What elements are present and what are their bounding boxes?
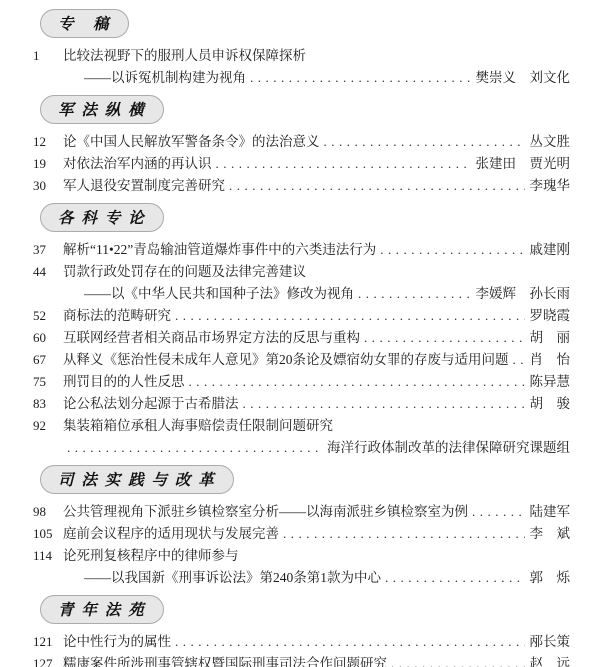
section-military-law: 军 法 纵 横 12 论《中国人民解放军警备条令》的法治意义 丛文胜 19 对依… bbox=[33, 95, 570, 197]
entry-title: 糯康案件所涉刑事管辖权暨国际刑事司法合作问题研究 bbox=[63, 653, 387, 667]
toc-row: 1 比较法视野下的服刑人员申诉权保障探析 bbox=[33, 45, 570, 67]
entry-title: 对依法治军内涵的再认识 bbox=[63, 153, 212, 175]
page-number: 105 bbox=[33, 523, 63, 545]
entry-title: 庭前会议程序的适用现状与发展完善 bbox=[63, 523, 279, 545]
leader-dots bbox=[250, 67, 471, 89]
entry-authors: 胡 丽 bbox=[530, 327, 571, 349]
entry-title: 罚款行政处罚存在的问题及法律完善建议 bbox=[63, 261, 306, 283]
section-header-pill: 军 法 纵 横 bbox=[40, 95, 164, 124]
toc-row: 52 商标法的范畴研究 罗晓霞 bbox=[33, 305, 570, 327]
entry-title: 集装箱箱位承租人海事赔偿责任限制问题研究 bbox=[63, 415, 333, 437]
toc-row: 44 罚款行政处罚存在的问题及法律完善建议 bbox=[33, 261, 570, 283]
entry-authors: 罗晓霞 bbox=[530, 305, 571, 327]
leader-dots bbox=[243, 393, 525, 415]
page-number: 19 bbox=[33, 153, 63, 175]
entry-title: 论《中国人民解放军警备条令》的法治意义 bbox=[63, 131, 320, 153]
entry-authors: 李瑰华 bbox=[530, 175, 571, 197]
leader-dots bbox=[189, 371, 525, 393]
entry-authors: 陈异慧 bbox=[530, 371, 571, 393]
entry-authors: 李 斌 bbox=[530, 523, 571, 545]
entry-authors: 樊崇义 刘文化 bbox=[476, 67, 571, 89]
entry-authors: 海洋行政体制改革的法律保障研究课题组 bbox=[327, 437, 570, 459]
page-number: 67 bbox=[33, 349, 63, 371]
page-number: 52 bbox=[33, 305, 63, 327]
leader-dots bbox=[229, 175, 525, 197]
toc-row: ——以《中华人民共和国种子法》修改为视角 李媛辉 孙长雨 bbox=[33, 283, 570, 305]
section-header-pill: 司 法 实 践 与 改 革 bbox=[40, 465, 234, 494]
page-number: 12 bbox=[33, 131, 63, 153]
page-number: 114 bbox=[33, 545, 63, 567]
section-special-topics: 各 科 专 论 37 解析“11•22”青岛输油管道爆炸事件中的六类违法行为 戚… bbox=[33, 203, 570, 459]
leader-dots bbox=[364, 327, 525, 349]
entry-title: 从释义《惩治性侵未成年人意见》第20条论及嫖宿幼女罪的存废与适用问题 bbox=[63, 349, 509, 371]
leader-dots bbox=[380, 239, 524, 261]
toc-row: ——以我国新《刑事诉讼法》第240条第1款为中心 郭 烁 bbox=[33, 567, 570, 589]
page-number: 30 bbox=[33, 175, 63, 197]
section-judicial-practice-reform: 司 法 实 践 与 改 革 98 公共管理视角下派驻乡镇检察室分析——以海南派驻… bbox=[33, 465, 570, 589]
page-number: 44 bbox=[33, 261, 63, 283]
toc-row: 67 从释义《惩治性侵未成年人意见》第20条论及嫖宿幼女罪的存废与适用问题 肖 … bbox=[33, 349, 570, 371]
entry-title: 军人退役安置制度完善研究 bbox=[63, 175, 225, 197]
section-title: 各 科 专 论 bbox=[58, 210, 146, 227]
entry-authors: 赵 远 bbox=[530, 653, 571, 667]
section-title: 青 年 法 苑 bbox=[58, 602, 146, 619]
toc-row: 75 刑罚目的的人性反思 陈异慧 bbox=[33, 371, 570, 393]
toc-row: 海洋行政体制改革的法律保障研究课题组 bbox=[33, 437, 570, 459]
leader-dots bbox=[324, 131, 525, 153]
section-youth-law-garden: 青 年 法 苑 121 论中性行为的属性 邴长策 127 糯康案件所涉刑事管辖权… bbox=[33, 595, 570, 667]
toc-row: 127 糯康案件所涉刑事管辖权暨国际刑事司法合作问题研究 赵 远 bbox=[33, 653, 570, 667]
toc-row: 98 公共管理视角下派驻乡镇检察室分析——以海南派驻乡镇检察室为例 陆建军 bbox=[33, 501, 570, 523]
toc-row: 92 集装箱箱位承租人海事赔偿责任限制问题研究 bbox=[33, 415, 570, 437]
section-title: 专 稿 bbox=[58, 16, 111, 33]
page-number: 1 bbox=[33, 45, 63, 67]
toc-row: 83 论公私法划分起源于古希腊法 胡 骏 bbox=[33, 393, 570, 415]
leader-dots bbox=[175, 631, 525, 653]
entry-authors: 郭 烁 bbox=[530, 567, 571, 589]
entry-title: 互联网经营者相关商品市场界定方法的反思与重构 bbox=[63, 327, 360, 349]
section-special-contribution: 专 稿 1 比较法视野下的服刑人员申诉权保障探析 ——以诉冤机制构建为视角 樊崇… bbox=[33, 9, 570, 89]
leader-dots bbox=[67, 437, 322, 459]
toc-row: 121 论中性行为的属性 邴长策 bbox=[33, 631, 570, 653]
page-number: 83 bbox=[33, 393, 63, 415]
page-number: 92 bbox=[33, 415, 63, 437]
entry-title: 论中性行为的属性 bbox=[63, 631, 171, 653]
entry-title: 公共管理视角下派驻乡镇检察室分析——以海南派驻乡镇检察室为例 bbox=[63, 501, 468, 523]
section-title: 军 法 纵 横 bbox=[58, 102, 146, 119]
page-number: 37 bbox=[33, 239, 63, 261]
leader-dots bbox=[175, 305, 525, 327]
entry-subtitle: ——以《中华人民共和国种子法》修改为视角 bbox=[63, 283, 354, 305]
toc-row: 114 论死刑复核程序中的律师参与 bbox=[33, 545, 570, 567]
entry-title: 解析“11•22”青岛输油管道爆炸事件中的六类违法行为 bbox=[63, 239, 376, 261]
entry-subtitle: ——以诉冤机制构建为视角 bbox=[63, 67, 246, 89]
leader-dots bbox=[283, 523, 525, 545]
entry-title: 论死刑复核程序中的律师参与 bbox=[63, 545, 239, 567]
toc-row: 19 对依法治军内涵的再认识 张建田 贾光明 bbox=[33, 153, 570, 175]
section-header-pill: 青 年 法 苑 bbox=[40, 595, 164, 624]
page-number: 60 bbox=[33, 327, 63, 349]
toc-row: 37 解析“11•22”青岛输油管道爆炸事件中的六类违法行为 戚建刚 bbox=[33, 239, 570, 261]
leader-dots bbox=[216, 153, 471, 175]
leader-dots bbox=[391, 653, 525, 667]
entry-authors: 陆建军 bbox=[530, 501, 571, 523]
entry-title: 比较法视野下的服刑人员申诉权保障探析 bbox=[63, 45, 306, 67]
entry-authors: 张建田 贾光明 bbox=[476, 153, 571, 175]
toc-row: ——以诉冤机制构建为视角 樊崇义 刘文化 bbox=[33, 67, 570, 89]
page-number: 127 bbox=[33, 653, 63, 667]
leader-dots bbox=[513, 349, 525, 371]
toc-row: 105 庭前会议程序的适用现状与发展完善 李 斌 bbox=[33, 523, 570, 545]
entry-title: 刑罚目的的人性反思 bbox=[63, 371, 185, 393]
section-header-pill: 专 稿 bbox=[40, 9, 129, 38]
entry-authors: 胡 骏 bbox=[530, 393, 571, 415]
leader-dots bbox=[358, 283, 471, 305]
journal-toc-page: 专 稿 1 比较法视野下的服刑人员申诉权保障探析 ——以诉冤机制构建为视角 樊崇… bbox=[0, 0, 600, 667]
section-title: 司 法 实 践 与 改 革 bbox=[58, 472, 216, 489]
entry-authors: 戚建刚 bbox=[530, 239, 571, 261]
leader-dots bbox=[472, 501, 525, 523]
entry-authors: 李媛辉 孙长雨 bbox=[476, 283, 571, 305]
toc-row: 12 论《中国人民解放军警备条令》的法治意义 丛文胜 bbox=[33, 131, 570, 153]
entry-authors: 肖 怡 bbox=[530, 349, 571, 371]
toc-row: 60 互联网经营者相关商品市场界定方法的反思与重构 胡 丽 bbox=[33, 327, 570, 349]
toc-row: 30 军人退役安置制度完善研究 李瑰华 bbox=[33, 175, 570, 197]
page-number: 75 bbox=[33, 371, 63, 393]
entry-subtitle: ——以我国新《刑事诉讼法》第240条第1款为中心 bbox=[63, 567, 381, 589]
page-number: 98 bbox=[33, 501, 63, 523]
leader-dots bbox=[385, 567, 525, 589]
section-header-pill: 各 科 专 论 bbox=[40, 203, 164, 232]
entry-authors: 丛文胜 bbox=[530, 131, 571, 153]
entry-title: 论公私法划分起源于古希腊法 bbox=[63, 393, 239, 415]
page-number: 121 bbox=[33, 631, 63, 653]
entry-authors: 邴长策 bbox=[530, 631, 571, 653]
entry-title: 商标法的范畴研究 bbox=[63, 305, 171, 327]
